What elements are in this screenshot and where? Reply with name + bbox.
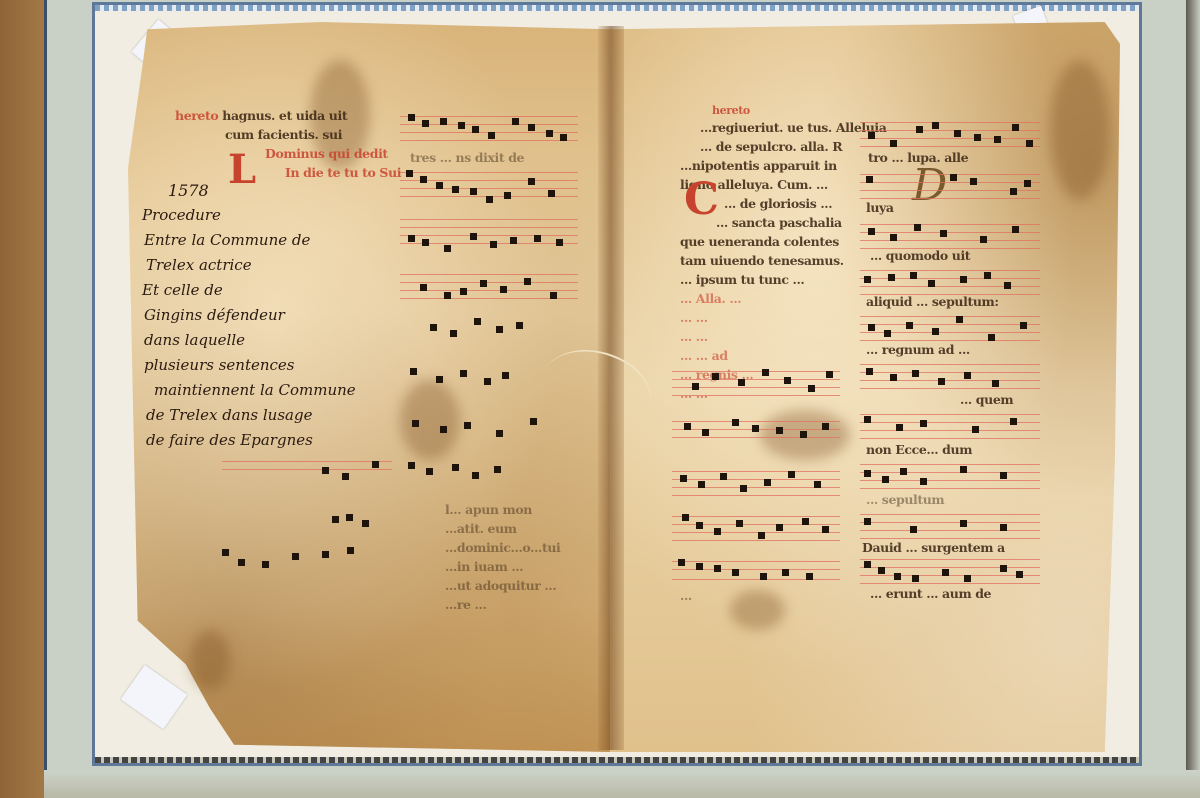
text-column-right: hereto ...regiueriut. ue tus. Alleluia .… <box>680 104 886 403</box>
frame-right-edge <box>1186 0 1200 798</box>
text-column-left: hereto hagnus. et uida uit cum facientis… <box>175 106 401 182</box>
frame-bottom <box>44 770 1200 798</box>
wall-background <box>0 0 48 798</box>
stain <box>1050 60 1110 200</box>
music-staff <box>672 415 840 455</box>
music-staff <box>400 168 578 208</box>
music-staff <box>400 452 578 492</box>
handwritten-year: 1578 <box>140 178 356 203</box>
music-staff <box>400 310 578 350</box>
music-staff <box>672 465 840 505</box>
stain <box>190 630 230 690</box>
rubric-label: hereto <box>680 104 886 118</box>
music-staff <box>400 215 578 255</box>
rubric-label: hereto <box>175 108 218 123</box>
music-staff <box>672 365 840 405</box>
handwritten-note: 1578 Procedure Entre la Commune de Trele… <box>140 178 356 453</box>
stain <box>730 590 785 630</box>
music-staff <box>672 555 840 595</box>
music-staff <box>400 270 578 310</box>
music-staff <box>672 510 840 550</box>
music-staff <box>222 510 392 550</box>
music-staff <box>222 455 392 495</box>
music-staff <box>400 410 578 450</box>
music-staff <box>400 112 578 152</box>
music-staff <box>222 545 392 585</box>
rubric-initial: C <box>684 180 719 220</box>
text-column-lower: l... apun mon ...atit. eum ...dominic...… <box>445 500 560 614</box>
